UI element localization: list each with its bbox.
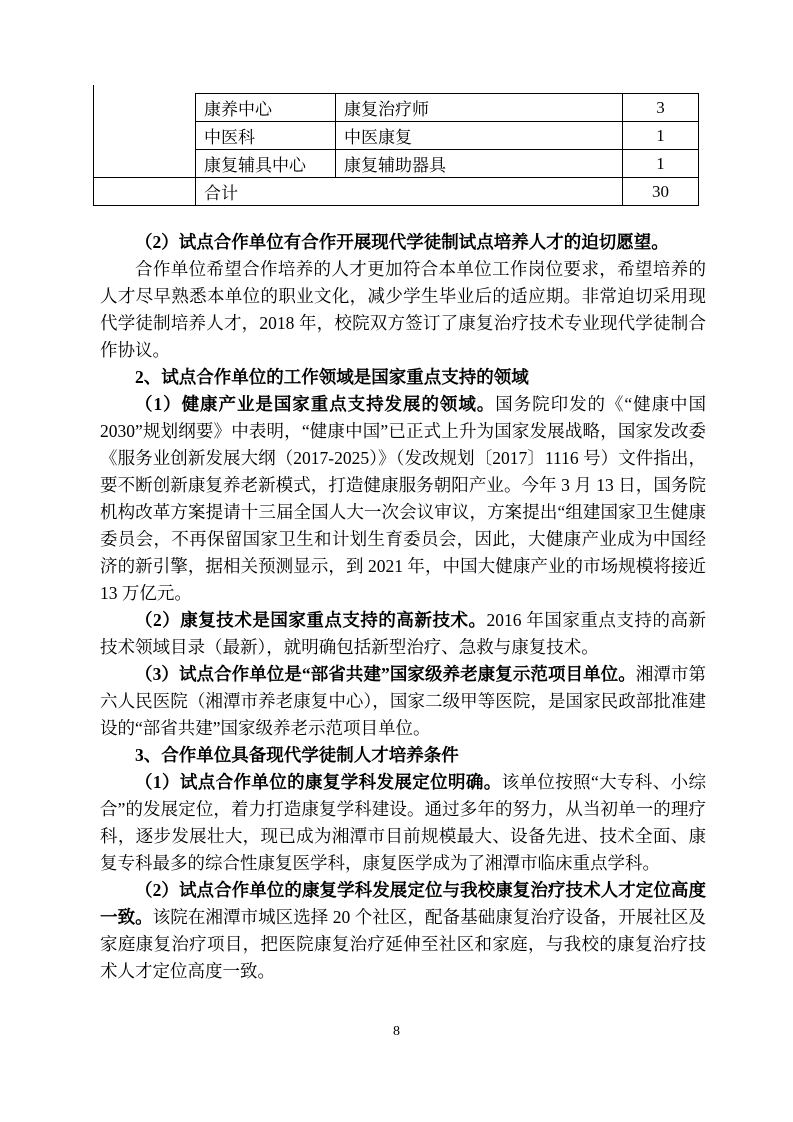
paragraph-discipline-position: （1）试点合作单位的康复学科发展定位明确。该单位按照“大专科、小综合”的发展定位… xyxy=(100,769,706,877)
table-cell-empty xyxy=(94,178,196,206)
table-cell-department: 中医科 xyxy=(196,122,336,150)
paragraph-health-industry: （1）健康产业是国家重点支持发展的领域。国务院印发的《“健康中国 2030”规划… xyxy=(100,391,706,607)
bold-run: （2）试点合作单位有合作开展现代学徒制试点培养人才的迫切愿望。 xyxy=(135,232,669,252)
table-cell-department: 康养中心 xyxy=(196,94,336,122)
table-cell-total-value: 30 xyxy=(623,178,699,206)
table-row: 康养中心 康复治疗师 3 xyxy=(94,94,699,122)
bold-run: （2）康复技术是国家重点支持的高新技术。 xyxy=(135,610,487,630)
section-heading-2: 2、试点合作单位的工作领域是国家重点支持的领域 xyxy=(100,364,706,391)
document-page: 康养中心 康复治疗师 3 中医科 中医康复 1 康复辅具中心 康复辅助器具 1 … xyxy=(0,0,793,1122)
bold-run: （1）试点合作单位的康复学科发展定位明确。 xyxy=(135,772,502,792)
table-cell-count: 1 xyxy=(623,150,699,178)
paragraph-alignment: （2）试点合作单位的康复学科发展定位与我校康复治疗技术人才定位高度一致。该院在湘… xyxy=(100,877,706,985)
table-cell-position: 康复辅助器具 xyxy=(336,150,623,178)
bold-run: （1）健康产业是国家重点支持发展的领域。 xyxy=(135,394,495,414)
bold-run: 2、试点合作单位的工作领域是国家重点支持的领域 xyxy=(135,367,529,387)
paragraph-demo-project: （3）试点合作单位是“部省共建”国家级养老康复示范项目单位。湘潭市第六人民医院（… xyxy=(100,661,706,742)
paragraph-rehab-tech: （2）康复技术是国家重点支持的高新技术。2016 年国家重点支持的高新技术领域目… xyxy=(100,607,706,661)
table-cell-continued-empty xyxy=(94,94,196,178)
paragraph-urgent-wish-body: 合作单位希望合作培养的人才更加符合本单位工作岗位要求，希望培养的人才尽早熟悉本单… xyxy=(100,256,706,364)
normal-run: 该院在湘潭市城区选择 20 个社区，配备基础康复治疗设备，开展社区及家庭康复治疗… xyxy=(100,907,706,981)
table-cell-position: 中医康复 xyxy=(336,122,623,150)
table-cell-total-label: 合计 xyxy=(196,178,623,206)
section-heading-3: 3、合作单位具备现代学徒制人才培养条件 xyxy=(100,742,706,769)
table-cell-department: 康复辅具中心 xyxy=(196,150,336,178)
table-cell-count: 3 xyxy=(623,94,699,122)
staffing-table: 康养中心 康复治疗师 3 中医科 中医康复 1 康复辅具中心 康复辅助器具 1 … xyxy=(93,93,699,206)
normal-run: 国务院印发的《“健康中国 2030”规划纲要》中表明，“健康中国”已正式上升为国… xyxy=(100,394,706,603)
bold-run: （3）试点合作单位是“部省共建”国家级养老康复示范项目单位。 xyxy=(135,664,636,684)
table-total-row: 合计 30 xyxy=(94,178,699,206)
page-number: 8 xyxy=(0,1024,793,1040)
paragraph-urgent-wish-heading: （2）试点合作单位有合作开展现代学徒制试点培养人才的迫切愿望。 xyxy=(100,229,706,256)
bold-run: 3、合作单位具备现代学徒制人才培养条件 xyxy=(135,745,459,765)
table-cell-position: 康复治疗师 xyxy=(336,94,623,122)
table-cell-count: 1 xyxy=(623,122,699,150)
document-body: （2）试点合作单位有合作开展现代学徒制试点培养人才的迫切愿望。 合作单位希望合作… xyxy=(100,229,706,985)
